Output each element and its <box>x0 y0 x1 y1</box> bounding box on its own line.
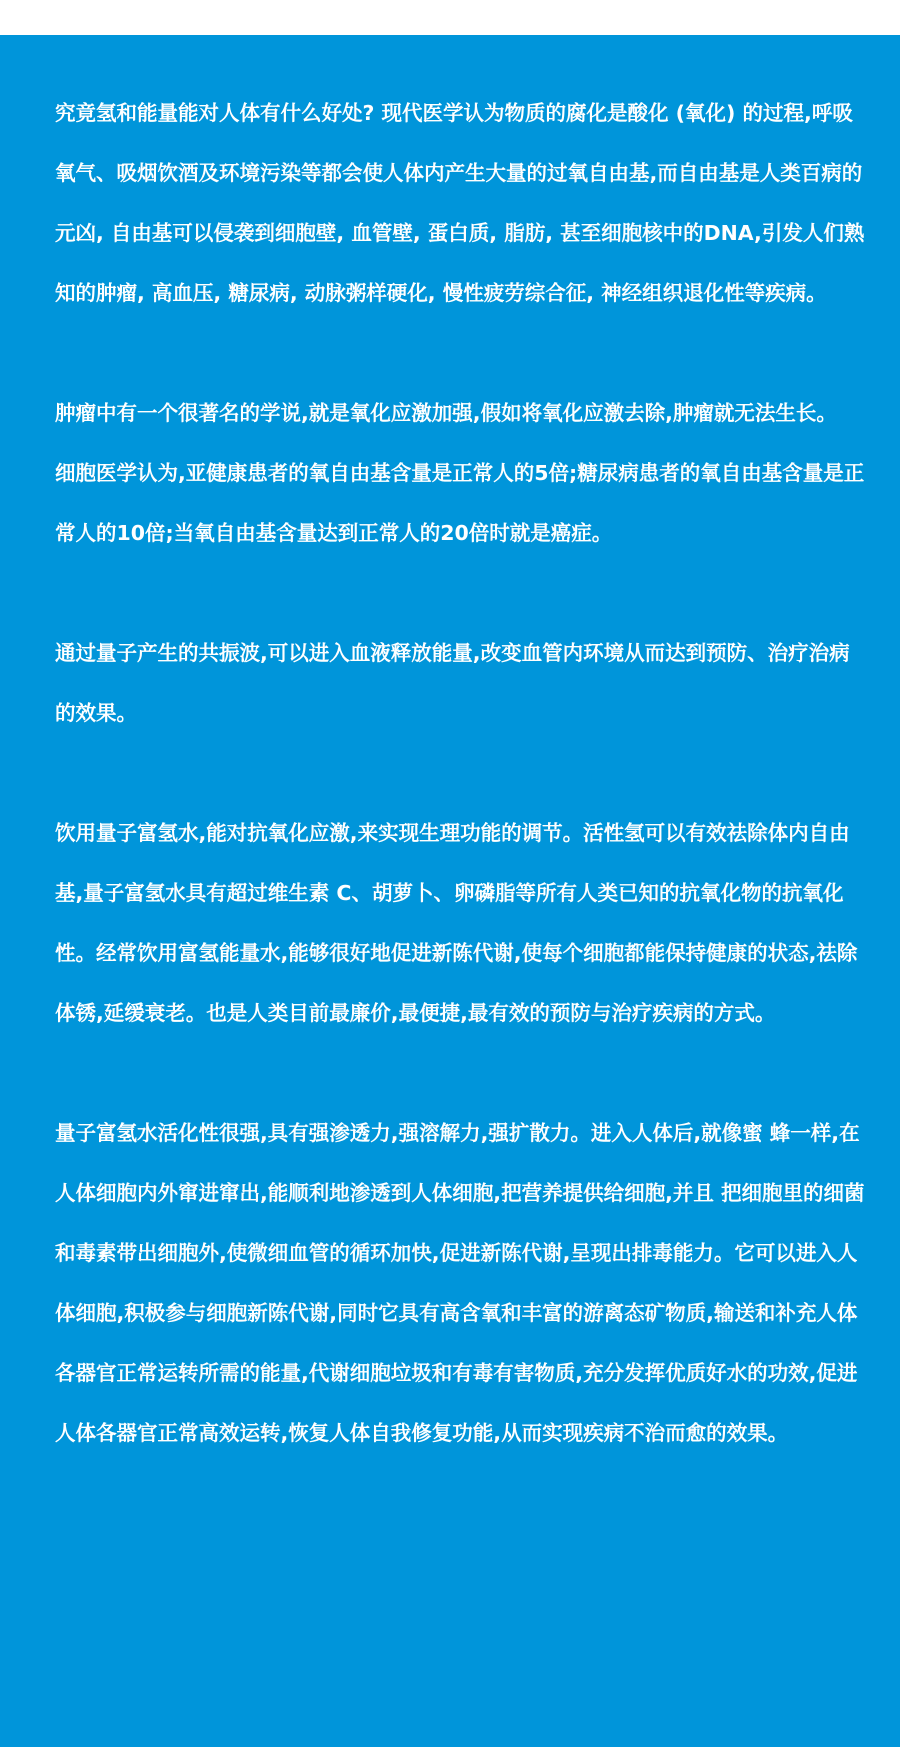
paragraph-spacer <box>55 563 870 623</box>
paragraph-hydrogen-water-benefits: 饮用量子富氢水,能对抗氧化应激,来实现生理功能的调节。活性氢可以有效祛除体内自由… <box>55 803 870 1043</box>
article-body: 究竟氢和能量能对人体有什么好处? 现代医学认为物质的腐化是酸化 (氧化) 的过程… <box>0 35 900 1747</box>
paragraph-tumor-theory: 肿瘤中有一个很著名的学说,就是氧化应激加强,假如将氧化应激去除,肿瘤就无法生长。 <box>55 383 870 443</box>
paragraph-resonance-wave: 通过量子产生的共振波,可以进入血液释放能量,改变血管内环境从而达到预防、治疗治病… <box>55 623 870 743</box>
paragraph-spacer <box>55 743 870 803</box>
paragraph-hydrogen-water-activity: 量子富氢水活化性很强,具有强渗透力,强溶解力,强扩散力。进入人体后,就像蜜 蜂一… <box>55 1103 870 1463</box>
paragraph-free-radicals: 究竟氢和能量能对人体有什么好处? 现代医学认为物质的腐化是酸化 (氧化) 的过程… <box>55 83 870 323</box>
paragraph-spacer <box>55 1043 870 1103</box>
top-white-strip <box>0 0 900 35</box>
paragraph-cell-medicine: 细胞医学认为,亚健康患者的氧自由基含量是正常人的5倍;糖尿病患者的氧自由基含量是… <box>55 443 870 563</box>
paragraph-spacer <box>55 323 870 383</box>
